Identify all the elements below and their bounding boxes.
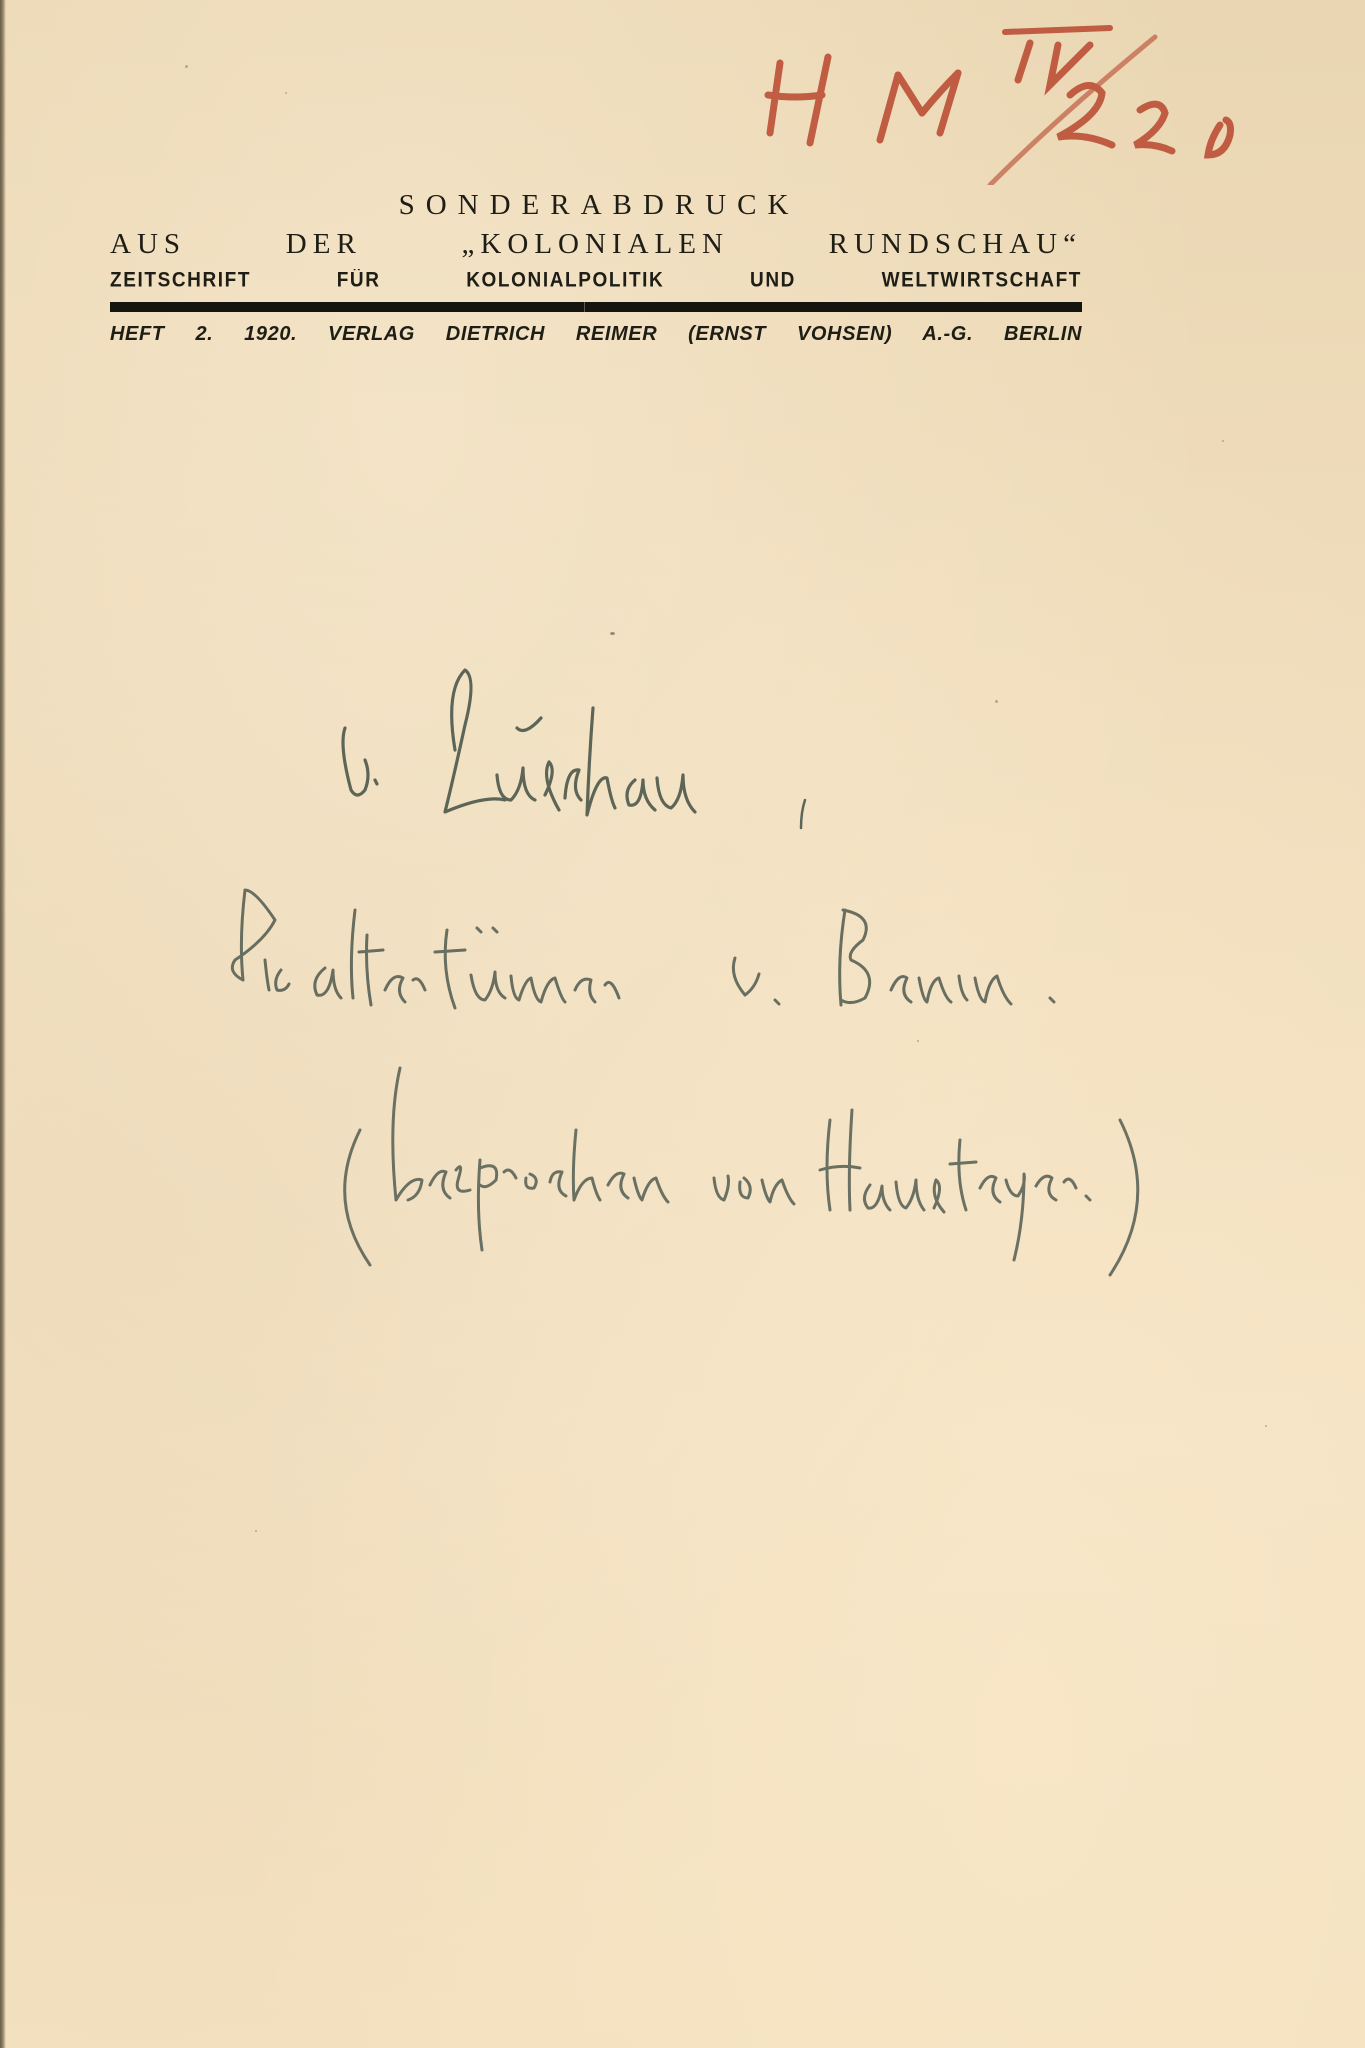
paper-speck <box>255 1530 257 1532</box>
header-journal-subtitle: ZEITSCHRIFT FÜR KOLONIALPOLITIK UND WELT… <box>110 268 1082 294</box>
header-journal-name: AUS DER „KOLONIALEN RUNDSCHAU“ <box>110 226 1082 262</box>
document-page: HM IV/220 <box>0 0 1365 2048</box>
handwriting-author: v. Luschan, <box>335 650 815 830</box>
paper-speck <box>1265 1425 1267 1427</box>
shelfmark-drawing <box>740 15 1280 185</box>
header-rule <box>110 302 1082 312</box>
paper-speck <box>1222 440 1224 442</box>
handwriting-author-strokes <box>335 650 815 830</box>
handwriting-title-strokes <box>215 880 1085 1040</box>
printed-header: SONDERABDRUCK AUS DER „KOLONIALEN RUNDSC… <box>110 188 1082 347</box>
paper-speck <box>285 92 287 94</box>
handwriting-review-note: (besprochen von Hausteyer.) <box>330 1060 1160 1280</box>
paper-speck <box>917 1040 919 1042</box>
paper-speck <box>185 65 188 68</box>
shelfmark-annotation: HM IV/220 <box>740 15 1280 185</box>
handwriting-title: Die Altertümer v. Benin. <box>215 880 1085 1040</box>
header-publisher-line: HEFT 2. 1920. VERLAG DIETRICH REIMER (ER… <box>110 321 1082 347</box>
paper-speck <box>995 700 998 703</box>
header-sonderabdruck: SONDERABDRUCK <box>104 188 1082 222</box>
handwriting-review-strokes <box>330 1060 1160 1280</box>
paper-speck <box>610 632 615 635</box>
